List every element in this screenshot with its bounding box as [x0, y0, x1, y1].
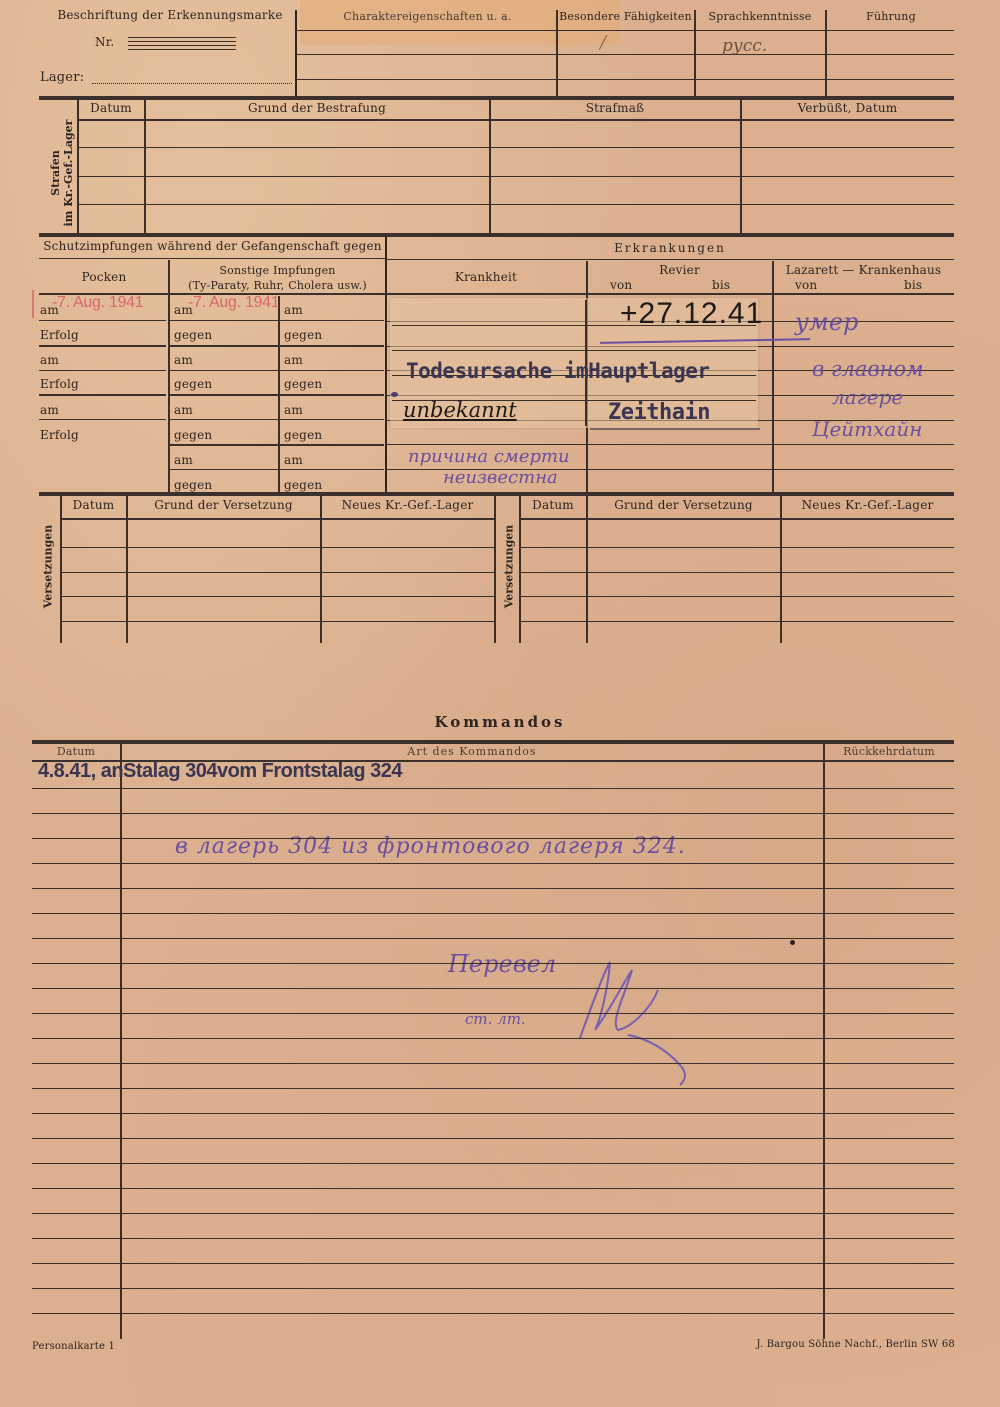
vline: [825, 10, 827, 96]
hline: [39, 370, 166, 371]
stamp-todesursache: Todesursache imHauptlager: [406, 359, 710, 383]
ledger-line: [32, 863, 954, 864]
strafen-col-grund: Grund der Bestrafung: [145, 101, 489, 115]
ledger-line: [32, 1313, 954, 1314]
lazarett-label: Lazarett — Krankenhaus: [773, 263, 954, 277]
lazarett-bis: bis: [904, 278, 922, 292]
signature-scribble-icon: [570, 950, 700, 1090]
hline: [170, 394, 384, 396]
nr-field-lines: [128, 37, 236, 53]
ledger-line: [32, 988, 954, 989]
versetzungen-side-label-right: Versetzungen: [503, 507, 516, 627]
cause-unbekannt: unbekannt: [403, 398, 517, 422]
hline: [519, 621, 954, 622]
hand-zeithain: Цейтхайн: [812, 417, 922, 441]
hand-prichina: причина смерти: [408, 446, 570, 467]
versetzung-col-lager: Neues Kr.-Gef.-Lager: [321, 498, 494, 512]
sonstige-am-2: am: [284, 303, 303, 317]
ledger-line: [32, 1188, 954, 1189]
lager-field[interactable]: [92, 83, 292, 84]
ledger-line: [32, 1013, 954, 1014]
ledger-line: [32, 913, 954, 914]
erkrankungen-title: Erkrankungen: [386, 241, 954, 255]
death-date: +27.12.41: [620, 297, 763, 331]
vline: [120, 742, 122, 1339]
strafen-row: [77, 176, 954, 177]
hline: [170, 345, 384, 347]
hline: [170, 370, 384, 371]
vline: [694, 10, 696, 96]
ink-dot: [790, 940, 795, 945]
strafen-row: [77, 204, 954, 205]
hline: [170, 444, 384, 446]
hand-umer: умер: [795, 308, 858, 336]
sonstige-am-2: am: [284, 403, 303, 417]
hline: [60, 518, 494, 520]
hand-v-glavnom: в главном: [812, 357, 924, 381]
versetzung-col-datum: Datum: [61, 498, 126, 512]
sonstige-gegen-1: gegen: [174, 428, 212, 442]
ledger-line: [32, 1238, 954, 1239]
hline: [170, 320, 384, 321]
hline: [170, 419, 384, 420]
vaccination-stamp-1: -7. Aug. 1941: [52, 294, 143, 312]
sonstige-gegen-2: gegen: [284, 478, 322, 492]
printer-imprint: J. Bargou Söhne Nachf., Berlin SW 68: [735, 1339, 955, 1350]
header-col-fuehrung: Führung: [826, 10, 956, 23]
ledger-line: [32, 963, 954, 964]
section-rule: [39, 492, 954, 496]
ledger-line: [32, 1263, 954, 1264]
hline: [386, 444, 954, 445]
hline: [297, 54, 954, 55]
header-col-faehigkeiten: Besondere Fähigkeiten: [557, 10, 694, 23]
header-col-charakter: Charaktereigenschaften u. a.: [300, 10, 555, 23]
stamp-underline: [590, 428, 760, 430]
sonstige-am-2: am: [284, 353, 303, 367]
section-rule: [39, 96, 954, 100]
hline: [39, 419, 166, 420]
ledger-line: [32, 1088, 954, 1089]
sonstige-am-2: am: [284, 453, 303, 467]
kommando-col-rueckkehr: Rückkehrdatum: [824, 745, 954, 758]
ledger-line: [32, 1113, 954, 1114]
pocken-erfolg: Erfolg: [40, 377, 79, 391]
ledger-line: [32, 838, 954, 839]
nr-label: Nr.: [95, 35, 114, 49]
header-divider: [295, 10, 297, 96]
hline: [519, 572, 954, 573]
sonstige-am-1: am: [174, 353, 193, 367]
strafen-col-datum: Datum: [78, 101, 144, 115]
hline: [297, 79, 954, 80]
pocken-am: am: [40, 403, 59, 417]
sonstige-gegen-2: gegen: [284, 377, 322, 391]
revier-label: Revier: [587, 263, 772, 277]
faehigkeiten-value: /: [600, 32, 606, 53]
kommando-entry-stamp: 4.8.41, anStalag 304vom Frontstalag 324: [38, 760, 402, 783]
kommando-col-datum: Datum: [32, 745, 120, 758]
versetzungen-side-label-left: Versetzungen: [42, 507, 55, 627]
hline: [519, 547, 954, 548]
vline: [556, 10, 558, 96]
hand-neizvestna: неизвестна: [443, 467, 558, 488]
form-id: Personalkarte 1: [32, 1341, 115, 1352]
hline: [39, 345, 166, 347]
ledger-line: [32, 1213, 954, 1214]
vaccination-stamp-2: -7. Aug. 1941: [188, 294, 279, 312]
sonstige-label: Sonstige Impfungen: [170, 264, 385, 277]
hline: [519, 596, 954, 597]
hline: [170, 469, 384, 470]
hand-lagere: лагере: [832, 385, 903, 409]
hline: [519, 518, 954, 520]
kommandos-title: Kommandos: [0, 713, 1000, 731]
strafen-col-strafmass: Strafmaß: [490, 101, 740, 115]
ledger-line: [32, 1138, 954, 1139]
sonstige-sub: (Ty-Paraty, Ruhr, Cholera usw.): [170, 279, 385, 292]
header-col-sprachen: Sprachkenntnisse: [695, 10, 825, 23]
versetzung-col-datum-2: Datum: [520, 498, 586, 512]
hline: [39, 394, 166, 396]
pocken-label: Pocken: [40, 270, 168, 284]
ledger-line: [32, 1288, 954, 1289]
sonstige-gegen-1: gegen: [174, 377, 212, 391]
sonstige-gegen-2: gegen: [284, 428, 322, 442]
inscription-label: Beschriftung der Erkennungsmarke: [45, 8, 295, 22]
hline: [60, 596, 494, 597]
hline: [297, 30, 954, 31]
versetzung-col-grund-2: Grund der Versetzung: [587, 498, 780, 512]
hline: [39, 320, 166, 321]
ledger-line: [32, 788, 954, 789]
sonstige-am-1: am: [174, 453, 193, 467]
hline: [60, 572, 494, 573]
sonstige-gegen-1: gegen: [174, 478, 212, 492]
revier-bis: bis: [712, 278, 730, 292]
ink-dot: [391, 392, 398, 397]
hline: [77, 119, 954, 121]
ledger-line: [32, 1038, 954, 1039]
lazarett-von: von: [795, 278, 817, 292]
vline: [494, 495, 496, 643]
sonstige-am-1: am: [174, 403, 193, 417]
hand-signature-perevel: Перевел: [448, 950, 556, 978]
strafen-col-verbuesst: Verbüßt, Datum: [741, 101, 954, 115]
ledger-line: [32, 1163, 954, 1164]
section-rule: [39, 233, 954, 237]
strafen-side-label: Strafenim Kr.-Gef.-Lager: [49, 103, 75, 243]
ledger-line: [32, 888, 954, 889]
sprachen-value: русс.: [722, 36, 767, 56]
pocken-am: am: [40, 353, 59, 367]
stamp-mark: [32, 290, 34, 318]
krankheit-label: Krankheit: [386, 270, 586, 284]
revier-von: von: [610, 278, 632, 292]
ledger-line: [32, 1063, 954, 1064]
vline: [823, 742, 825, 1339]
stamp-zeithain: Zeithain: [608, 400, 710, 425]
versetzung-col-lager-2: Neues Kr.-Gef.-Lager: [781, 498, 954, 512]
hline: [39, 293, 954, 295]
ledger-line: [32, 813, 954, 814]
kommando-col-art: Art des Kommandos: [121, 745, 823, 758]
pocken-erfolg: Erfolg: [40, 428, 79, 442]
section-rule: [32, 740, 954, 744]
sonstige-gegen-2: gegen: [284, 328, 322, 342]
hline: [39, 258, 385, 259]
sonstige-gegen-1: gegen: [174, 328, 212, 342]
hline: [386, 259, 954, 260]
ledger-line: [32, 938, 954, 939]
vline: [772, 261, 774, 492]
hline: [60, 547, 494, 548]
lager-label: Lager:: [40, 70, 84, 85]
hline: [392, 350, 756, 351]
pocken-erfolg: Erfolg: [40, 328, 79, 342]
impfungen-title: Schutzimpfungen während der Gefangenscha…: [40, 239, 385, 253]
hline: [60, 621, 494, 622]
versetzung-col-grund: Grund der Versetzung: [127, 498, 320, 512]
strafen-row: [77, 147, 954, 148]
